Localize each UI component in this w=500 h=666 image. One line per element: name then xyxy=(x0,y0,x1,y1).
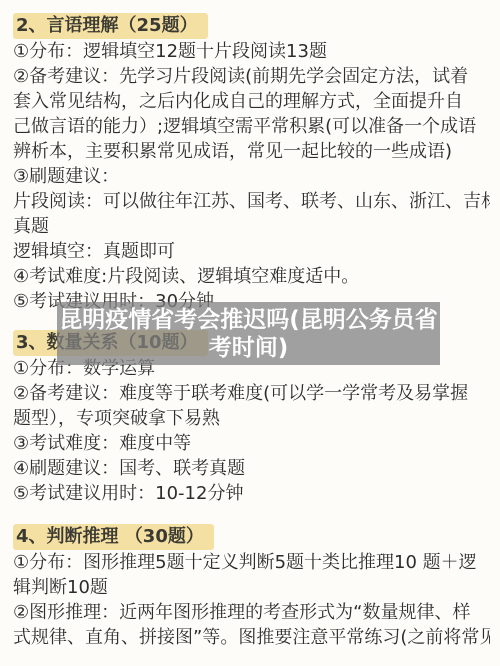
section-heading: 2、言语理解（25题） xyxy=(13,13,208,39)
text-line: ①分布：逻辑填空12题十片段阅读13题 xyxy=(13,39,490,64)
text-line: 题型），专项突破拿下易熟 xyxy=(13,406,490,431)
overlay-title-line2: 考时间) xyxy=(209,334,289,362)
text-line: ④刷题建议：国考、联考真题 xyxy=(13,456,490,481)
text-line: 式规律、直角、拼接图”等。图推要注意平常练习(之前将常见 xyxy=(13,625,490,650)
text-line: ⑤考试建议用时：10-12分钟 xyxy=(13,481,490,506)
text-line: ①分布：图形推理5题十定义判断5题十类比推理10 题＋逻 xyxy=(13,550,490,575)
text-line: 逻辑填空：真题即可 xyxy=(13,239,490,264)
text-line: ②图形推理：近两年图形推理的考查形式为“数量规律、样 xyxy=(13,600,490,625)
section-verbal-comprehension: 2、言语理解（25题） ①分布：逻辑填空12题十片段阅读13题 ②备考建议：先学… xyxy=(13,13,490,314)
text-line: 真题 xyxy=(13,214,490,239)
text-line: ③考试难度：难度中等 xyxy=(13,431,490,456)
section-judgment-reasoning: 4、判断推理 （30题） ①分布：图形推理5题十定义判断5题十类比推理10 题＋… xyxy=(13,524,490,650)
text-line: 片段阅读：可以做往年江苏、国考、联考、山东、浙江、吉林等 xyxy=(13,189,490,214)
text-line: 辨析本，主要积累常见成语，常见一起比较的一些成语) xyxy=(13,139,490,164)
text-line: ②备考建议：难度等于联考难度(可以学一学常考及易掌握 xyxy=(13,381,490,406)
section-heading-row: 4、判断推理 （30题） xyxy=(13,524,490,550)
text-line: ④考试难度:片段阅读、逻辑填空难度适中。 xyxy=(13,264,490,289)
text-line: ③刷题建议： xyxy=(13,164,490,189)
text-line: ②备考建议：先学习片段阅读(前期先学会固定方法，试着 xyxy=(13,64,490,89)
title-overlay: 昆明疫情省考会推迟吗(昆明公务员省 考时间) xyxy=(57,302,440,365)
text-line: 套入常见结构，之后内化成自己的理解方式，全面提升自 xyxy=(13,89,490,114)
section-heading-row: 2、言语理解（25题） xyxy=(13,13,490,39)
section-heading: 4、判断推理 （30题） xyxy=(13,524,214,550)
overlay-title-line1: 昆明疫情省考会推迟吗(昆明公务员省 xyxy=(59,306,438,334)
text-line: 辑判断10题 xyxy=(13,575,490,600)
text-line: 己做言语的能力）;逻辑填空需平常积累(可以准备一个成语 xyxy=(13,114,490,139)
